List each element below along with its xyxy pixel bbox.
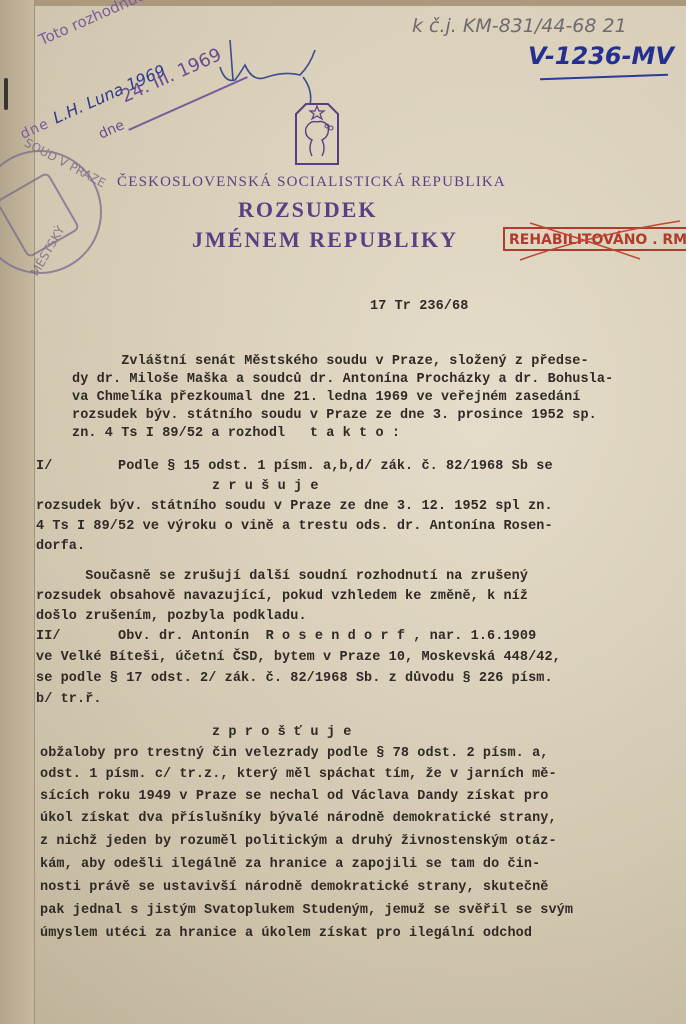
text-line: pak jednal s jistým Svatoplukem Studeným…: [40, 900, 573, 922]
case-number: 17 Tr 236/68: [370, 296, 468, 318]
text-line: rozsudek obsahově navazující, pokud vzhl…: [36, 586, 528, 608]
text-line: odst. 1 písm. c/ tr.z., který měl spácha…: [40, 764, 557, 786]
text-line: z nichž jeden by rozuměl politickým a dr…: [40, 831, 557, 853]
rehab-cross-icon: [510, 215, 686, 265]
text-line: dorfa.: [36, 536, 85, 558]
text-line: Obv. dr. Antonín R o s e n d o r f , nar…: [118, 626, 536, 648]
text-line: Podle § 15 odst. 1 písm. a,b,d/ zák. č. …: [118, 456, 553, 478]
text-line: 4 Ts I 89/52 ve výroku o vině a trestu o…: [36, 516, 553, 538]
reference-blue: V-1236-MV: [528, 42, 674, 70]
text-line: sících roku 1949 v Praze se nechal od Vá…: [40, 786, 548, 808]
text-line: b/ tr.ř.: [36, 689, 102, 711]
text-line: obžaloby pro trestný čin velezrady podle…: [40, 743, 548, 765]
section-2-label: II/: [36, 626, 61, 648]
document-subtitle: JMÉNEM REPUBLIKY: [192, 227, 458, 253]
text-line: úmyslem utéci za hranice a úkolem získat…: [40, 923, 532, 945]
signature-icon: [215, 35, 325, 105]
document-title: ROZSUDEK: [238, 197, 377, 223]
state-emblem-icon: [292, 100, 342, 166]
text-line: úkol získat dva příslušníky bývalé národ…: [40, 808, 557, 830]
state-name: ČESKOSLOVENSKÁ SOCIALISTICKÁ REPUBLIKA: [117, 174, 506, 191]
pencil-mark: [4, 78, 8, 110]
seal-emblem: [0, 171, 80, 258]
text-line: došlo zrušením, pozbyla podkladu.: [36, 606, 307, 628]
text-line: nosti právě se ustavivší národně demokra…: [40, 877, 548, 899]
section-1-label: I/: [36, 456, 52, 478]
text-line: rozsudek býv. státního soudu v Praze ze …: [36, 496, 553, 518]
section-2-verdict: z p r o š ť u j e: [212, 722, 351, 744]
text-line: Současně se zrušují další soudní rozhodn…: [36, 566, 528, 588]
text-line: ve Velké Bíteši, účetní ČSD, bytem v Pra…: [36, 647, 561, 669]
text-line: zn. 4 Ts I 89/52 a rozhodl t a k t o :: [72, 423, 400, 445]
section-1-verdict: z r u š u j e: [212, 476, 319, 498]
reference-pencil: k č.j. KM-831/44-68 21: [412, 15, 627, 37]
text-line: kám, aby odešli ilegálně za hranice a za…: [40, 854, 540, 876]
text-line: se podle § 17 odst. 2/ zák. č. 82/1968 S…: [36, 668, 553, 690]
